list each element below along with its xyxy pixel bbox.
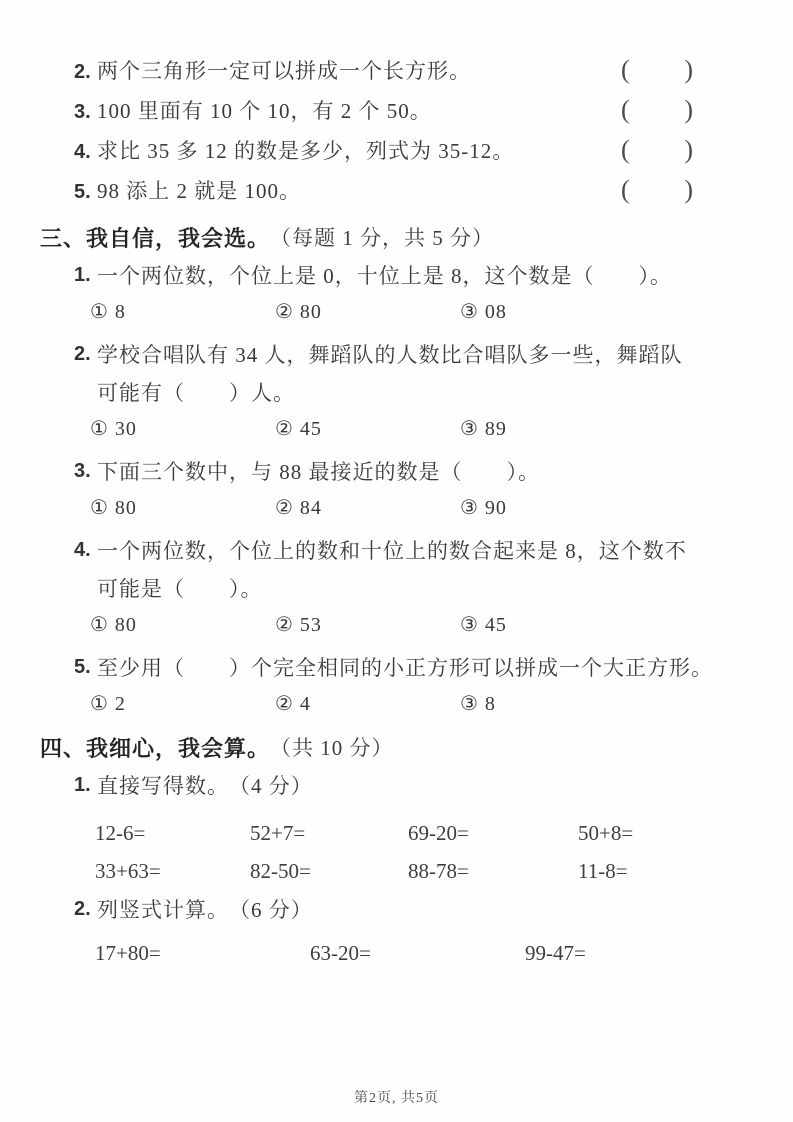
expression: 69-20= <box>408 821 578 846</box>
expression: 99-47= <box>525 941 793 966</box>
question-number: 4. <box>74 141 97 164</box>
question-number: 2. <box>74 343 97 366</box>
expression: 63-20= <box>310 941 525 966</box>
question-number: 4. <box>74 539 97 562</box>
option-2: ② 53 <box>275 612 460 637</box>
question-number: 5. <box>74 181 97 204</box>
question-score: （4 分） <box>229 770 313 800</box>
question-statement: 下面三个数中，与 88 最接近的数是（ ）。 <box>97 456 540 486</box>
option-3: ③ 89 <box>460 416 645 441</box>
question-text-continued: 可能有（ ）人。 <box>97 373 793 411</box>
bracket-close: ) <box>684 55 693 85</box>
option-3: ③ 8 <box>460 691 645 716</box>
question-statement: 可能有（ ）人。 <box>97 377 295 407</box>
true-false-section: 2.两个三角形一定可以拼成一个长方形。 () 3.100 里面有 10 个 10… <box>40 50 793 210</box>
worksheet-content: 2.两个三角形一定可以拼成一个长方形。 () 3.100 里面有 10 个 10… <box>0 0 793 972</box>
bracket-close: ) <box>684 135 693 165</box>
question-number: 3. <box>74 101 97 124</box>
question-text: 3.100 里面有 10 个 10，有 2 个 50。 <box>74 95 432 125</box>
bracket-open: ( <box>621 175 630 205</box>
answer-bracket: () <box>621 135 693 165</box>
option-1: ① 8 <box>90 299 275 324</box>
options-row: ① 2 ② 4 ③ 8 <box>90 686 793 720</box>
spacer <box>40 328 793 335</box>
section-title: 三、我自信，我会选。 <box>40 222 270 253</box>
question-text-continued: 可能是（ ）。 <box>97 569 793 607</box>
worksheet-page: 2.两个三角形一定可以拼成一个长方形。 () 3.100 里面有 10 个 10… <box>0 0 793 1122</box>
option-2: ② 80 <box>275 299 460 324</box>
bracket-open: ( <box>621 135 630 165</box>
question-statement: 一个两位数，个位上是 0，十位上是 8，这个数是（ ）。 <box>97 260 672 290</box>
question-statement: 可能是（ ）。 <box>97 573 263 603</box>
section-score: （共 10 分） <box>270 732 394 762</box>
options-row: ① 8 ② 80 ③ 08 <box>90 294 793 328</box>
expression: 88-78= <box>408 859 578 884</box>
question-text: 3.下面三个数中，与 88 最接近的数是（ ）。 <box>74 452 793 490</box>
spacer <box>40 524 793 531</box>
answer-bracket: () <box>621 55 693 85</box>
question-text: 2.两个三角形一定可以拼成一个长方形。 <box>74 55 471 85</box>
expression: 12-6= <box>95 821 250 846</box>
vertical-calc-heading: 2.列竖式计算。（6 分） <box>74 890 793 928</box>
question-text: 5.98 添上 2 就是 100。 <box>74 175 301 205</box>
mc-question-3: 3.下面三个数中，与 88 最接近的数是（ ）。 ① 80 ② 84 ③ 90 <box>40 452 793 524</box>
question-number: 5. <box>74 656 97 679</box>
option-3: ③ 08 <box>460 299 645 324</box>
bracket-close: ) <box>684 175 693 205</box>
answer-bracket: () <box>621 175 693 205</box>
true-false-item-3: 3.100 里面有 10 个 10，有 2 个 50。 () <box>40 90 793 130</box>
option-2: ② 84 <box>275 495 460 520</box>
question-statement: 列竖式计算。 <box>97 894 229 924</box>
question-statement: 求比 35 多 12 的数是多少，列式为 35-12。 <box>97 139 514 163</box>
section-title: 四、我细心，我会算。 <box>40 732 270 763</box>
bracket-open: ( <box>621 95 630 125</box>
expression: 52+7= <box>250 821 408 846</box>
answer-bracket: () <box>621 95 693 125</box>
question-number: 2. <box>74 898 97 921</box>
options-row: ① 80 ② 84 ③ 90 <box>90 490 793 524</box>
bracket-open: ( <box>621 55 630 85</box>
true-false-item-4: 4.求比 35 多 12 的数是多少，列式为 35-12。 () <box>40 130 793 170</box>
option-3: ③ 90 <box>460 495 645 520</box>
calculation-section: 四、我细心，我会算。（共 10 分） 1.直接写得数。（4 分） 12-6= 5… <box>40 728 793 972</box>
mc-question-5: 5.至少用（ ）个完全相同的小正方形可以拼成一个大正方形。 ① 2 ② 4 ③ … <box>40 648 793 720</box>
question-text: 2.学校合唱队有 34 人，舞蹈队的人数比合唱队多一些，舞蹈队 <box>74 335 793 373</box>
section-four-heading: 四、我细心，我会算。（共 10 分） <box>40 728 793 766</box>
spacer <box>40 445 793 452</box>
option-1: ① 2 <box>90 691 275 716</box>
direct-calc-row-1: 12-6= 52+7= 69-20= 50+8= <box>95 814 793 852</box>
question-number: 3. <box>74 460 97 483</box>
mc-question-2: 2.学校合唱队有 34 人，舞蹈队的人数比合唱队多一些，舞蹈队 可能有（ ）人。… <box>40 335 793 445</box>
expression: 50+8= <box>578 821 793 846</box>
question-statement: 100 里面有 10 个 10，有 2 个 50。 <box>97 99 432 123</box>
bracket-close: ) <box>684 95 693 125</box>
question-score: （6 分） <box>229 894 313 924</box>
direct-calc-row-2: 33+63= 82-50= 88-78= 11-8= <box>95 852 793 890</box>
options-row: ① 30 ② 45 ③ 89 <box>90 411 793 445</box>
question-text: 5.至少用（ ）个完全相同的小正方形可以拼成一个大正方形。 <box>74 648 793 686</box>
mc-question-1: 1.一个两位数，个位上是 0，十位上是 8，这个数是（ ）。 ① 8 ② 80 … <box>40 256 793 328</box>
expression: 33+63= <box>95 859 250 884</box>
expression: 11-8= <box>578 859 793 884</box>
question-statement: 学校合唱队有 34 人，舞蹈队的人数比合唱队多一些，舞蹈队 <box>97 339 683 369</box>
mc-question-4: 4.一个两位数，个位上的数和十位上的数合起来是 8，这个数不 可能是（ ）。 ①… <box>40 531 793 641</box>
expression: 82-50= <box>250 859 408 884</box>
question-text: 1.一个两位数，个位上是 0，十位上是 8，这个数是（ ）。 <box>74 256 793 294</box>
option-2: ② 4 <box>275 691 460 716</box>
question-statement: 直接写得数。 <box>97 770 229 800</box>
question-statement: 两个三角形一定可以拼成一个长方形。 <box>97 59 471 83</box>
option-3: ③ 45 <box>460 612 645 637</box>
question-number: 2. <box>74 61 97 84</box>
option-1: ① 80 <box>90 612 275 637</box>
question-statement: 98 添上 2 就是 100。 <box>97 179 301 203</box>
direct-calc-heading: 1.直接写得数。（4 分） <box>74 766 793 804</box>
question-text: 4.一个两位数，个位上的数和十位上的数合起来是 8，这个数不 <box>74 531 793 569</box>
question-number: 1. <box>74 264 97 287</box>
true-false-item-2: 2.两个三角形一定可以拼成一个长方形。 () <box>40 50 793 90</box>
option-2: ② 45 <box>275 416 460 441</box>
question-statement: 至少用（ ）个完全相同的小正方形可以拼成一个大正方形。 <box>97 652 713 682</box>
expression: 17+80= <box>95 941 310 966</box>
page-footer: 第2页, 共5页 <box>0 1087 793 1107</box>
question-text: 4.求比 35 多 12 的数是多少，列式为 35-12。 <box>74 135 514 165</box>
options-row: ① 80 ② 53 ③ 45 <box>90 607 793 641</box>
vertical-calc-row: 17+80= 63-20= 99-47= <box>95 934 793 972</box>
multiple-choice-section: 三、我自信，我会选。（每题 1 分，共 5 分） 1.一个两位数，个位上是 0，… <box>40 218 793 720</box>
option-1: ① 30 <box>90 416 275 441</box>
question-number: 1. <box>74 774 97 797</box>
section-three-heading: 三、我自信，我会选。（每题 1 分，共 5 分） <box>40 218 793 256</box>
spacer <box>40 641 793 648</box>
question-statement: 一个两位数，个位上的数和十位上的数合起来是 8，这个数不 <box>97 535 687 565</box>
section-score: （每题 1 分，共 5 分） <box>270 222 494 252</box>
option-1: ① 80 <box>90 495 275 520</box>
true-false-item-5: 5.98 添上 2 就是 100。 () <box>40 170 793 210</box>
